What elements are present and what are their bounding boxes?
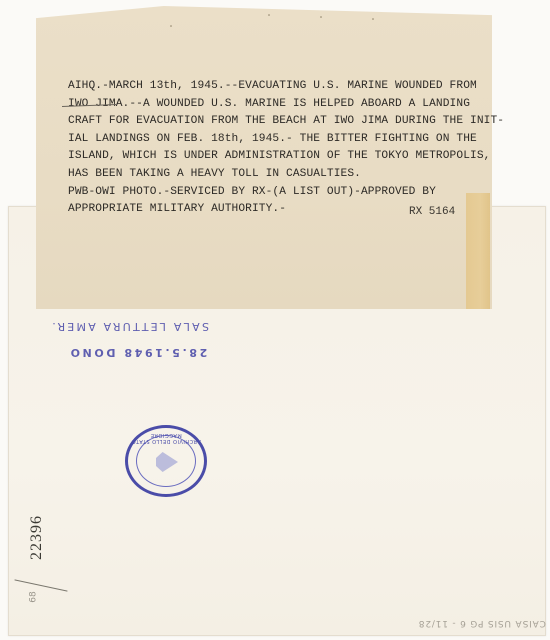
reference-number: RX 5164 (409, 206, 455, 218)
pencil-note: 68 (29, 591, 39, 602)
caption-line: ISLAND, WHICH IS UNDER ADMINISTRATION OF… (68, 148, 468, 166)
paper-speck (268, 14, 270, 16)
round-seal-stamp: ARCHIVIO DELLO STATO MAGGIORE (125, 425, 207, 497)
library-stamp: SALA LETTURA AMER. (50, 320, 209, 333)
adhesive-tape-strip (466, 193, 490, 309)
caption-line: APPROPRIATE MILITARY AUTHORITY.- (68, 201, 468, 219)
inventory-number: 22396 (28, 515, 46, 560)
caption-line: IWO JIMA.--A WOUNDED U.S. MARINE IS HELP… (68, 96, 468, 114)
caption-line: PWB-OWI PHOTO.-SERVICED BY RX-(A LIST OU… (68, 184, 468, 202)
paper-speck (320, 16, 322, 18)
caption-line: IAL LANDINGS ON FEB. 18th, 1945.- THE BI… (68, 131, 468, 149)
caption-line: CRAFT FOR EVACUATION FROM THE BEACH AT I… (68, 113, 468, 131)
archive-reference: CAISA USIS PG 6 - 11/28 (418, 618, 546, 628)
paper-speck (372, 18, 374, 20)
paper-speck (170, 25, 172, 27)
seal-text: ARCHIVIO DELLO STATO MAGGIORE (128, 432, 204, 444)
caption-text: AIHQ.-MARCH 13th, 1945.--EVACUATING U.S.… (68, 78, 468, 219)
donation-date-stamp: 28.5.1948 DONO (68, 346, 207, 359)
caption-line: AIHQ.-MARCH 13th, 1945.--EVACUATING U.S.… (68, 78, 468, 96)
caption-line: HAS BEEN TAKING A HEAVY TOLL IN CASUALTI… (68, 166, 468, 184)
